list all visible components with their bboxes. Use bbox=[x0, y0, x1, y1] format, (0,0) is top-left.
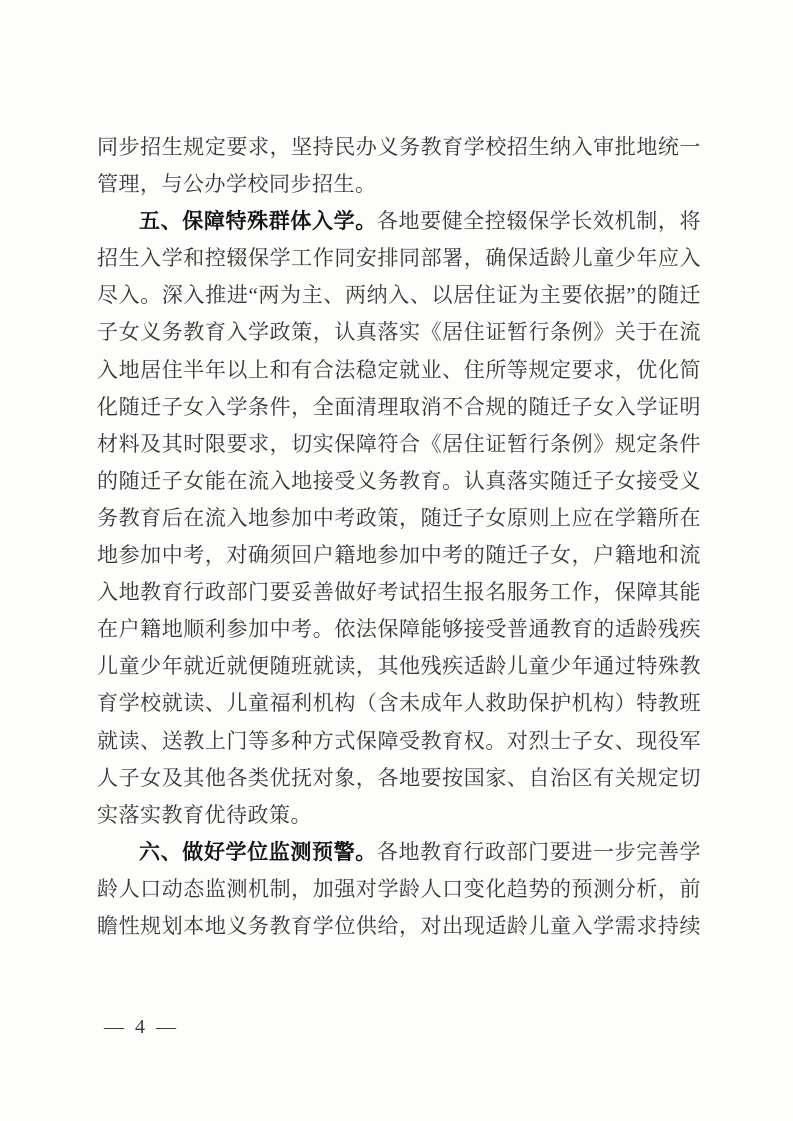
text-line: 材料及其时限要求，切实保障符合《居住证暂行条例》规定条件 bbox=[97, 426, 701, 463]
section-heading-5: 五、保障特殊群体入学。 bbox=[139, 210, 377, 233]
text-line: 招生入学和控辍保学工作同安排同部署，确保适龄儿童少年应入 bbox=[97, 240, 701, 277]
text-line: 在户籍地顺利参加中考。依法保障能够接受普通教育的适龄残疾 bbox=[97, 611, 701, 648]
text-line: 入地居住半年以上和有合法稳定就业、住所等规定要求，优化简 bbox=[97, 352, 701, 389]
text-line: 就读、送教上门等多种方式保障受教育权。对烈士子女、现役军 bbox=[97, 723, 701, 760]
text-line: 育学校就读、儿童福利机构（含未成年人救助保护机构）特教班 bbox=[97, 685, 701, 722]
page-number: — 4 — bbox=[104, 1013, 179, 1041]
document-page: 同步招生规定要求，坚持民办义务教育学校招生纳入审批地统一 管理，与公办学校同步招… bbox=[0, 0, 793, 1121]
text-line: 入地教育行政部门要妥善做好考试招生报名服务工作，保障其能 bbox=[97, 574, 701, 611]
text-line: 务教育后在流入地参加中考政策，随迁子女原则上应在学籍所在 bbox=[97, 500, 701, 537]
text-line: 实落实教育优待政策。 bbox=[97, 797, 701, 834]
text-line: 的随迁子女能在流入地接受义务教育。认真落实随迁子女接受义 bbox=[97, 463, 701, 500]
text-line: 地参加中考，对确须回户籍地参加中考的随迁子女，户籍地和流 bbox=[97, 537, 701, 574]
line-text: 各地要健全控辍保学长效机制，将 bbox=[377, 209, 701, 233]
document-body: 同步招生规定要求，坚持民办义务教育学校招生纳入审批地统一 管理，与公办学校同步招… bbox=[97, 129, 701, 945]
text-line: 化随迁子女入学条件，全面清理取消不合规的随迁子女入学证明 bbox=[97, 389, 701, 426]
text-line: 子女义务教育入学政策，认真落实《居住证暂行条例》关于在流 bbox=[97, 314, 701, 351]
text-line: 五、保障特殊群体入学。各地要健全控辍保学长效机制，将 bbox=[97, 203, 701, 240]
text-line: 龄人口动态监测机制，加强对学龄人口变化趋势的预测分析，前 bbox=[97, 871, 701, 908]
text-line: 儿童少年就近就便随班就读，其他残疾适龄儿童少年通过特殊教 bbox=[97, 648, 701, 685]
text-line: 尽入。深入推进“两为主、两纳入、以居住证为主要依据”的随迁 bbox=[97, 277, 701, 314]
text-line: 人子女及其他各类优抚对象，各地要按国家、自治区有关规定切 bbox=[97, 760, 701, 797]
text-line: 瞻性规划本地义务教育学位供给，对出现适龄儿童入学需求持续 bbox=[97, 908, 701, 945]
text-line: 管理，与公办学校同步招生。 bbox=[97, 166, 701, 203]
section-heading-6: 六、做好学位监测预警。 bbox=[139, 841, 377, 864]
line-text: 各地教育行政部门要进一步完善学 bbox=[377, 840, 701, 864]
text-line: 同步招生规定要求，坚持民办义务教育学校招生纳入审批地统一 bbox=[97, 129, 701, 166]
text-line: 六、做好学位监测预警。各地教育行政部门要进一步完善学 bbox=[97, 834, 701, 871]
